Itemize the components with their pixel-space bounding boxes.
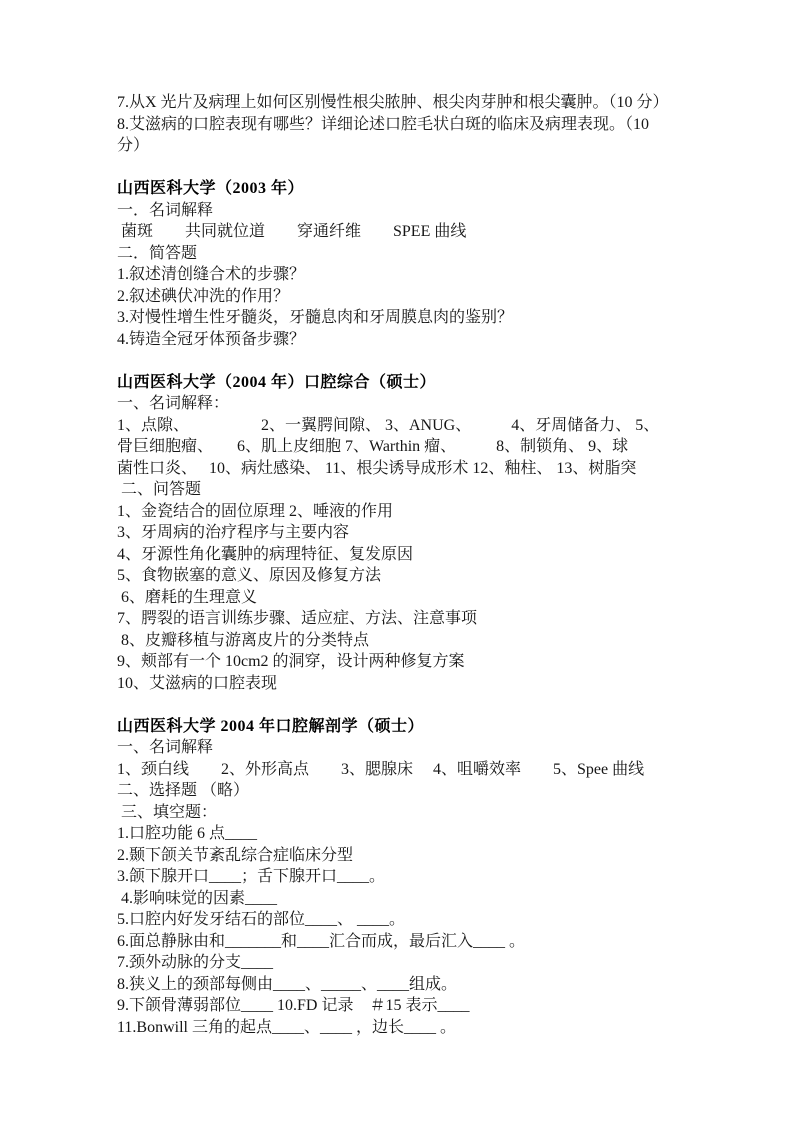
text-line: 2.颞下颌关节紊乱综合症临床分型 (117, 845, 687, 867)
text-line: 二、选择题 （略） (117, 780, 687, 802)
text-line: 5、食物嵌塞的意义、原因及修复方法 (117, 565, 687, 587)
section-heading: 山西医科大学（2003 年） (117, 178, 687, 200)
text-line: 7.从X 光片及病理上如何区别慢性根尖脓肿、根尖肉芽肿和根尖囊肿。（10 分） (117, 92, 687, 114)
text-line: 4.铸造全冠牙体预备步骤？ (117, 329, 687, 351)
document-page: 7.从X 光片及病理上如何区别慢性根尖脓肿、根尖肉芽肿和根尖囊肿。（10 分）8… (0, 0, 793, 1122)
text-line: 1.口腔功能 6 点____ (117, 823, 687, 845)
text-line: 8.艾滋病的口腔表现有哪些？详细论述口腔毛状白斑的临床及病理表现。（10 (117, 114, 687, 136)
section-heading: 山西医科大学（2004 年）口腔综合（硕士） (117, 372, 687, 394)
text-line: 9.下颌骨薄弱部位____ 10.FD 记录 ＃15 表示____ (117, 995, 687, 1017)
text-line: 10、艾滋病的口腔表现 (117, 673, 687, 695)
document-content: 7.从X 光片及病理上如何区别慢性根尖脓肿、根尖肉芽肿和根尖囊肿。（10 分）8… (117, 92, 687, 1038)
text-line: 骨巨细胞瘤、 6、肌上皮细胞 7、Warthin 瘤、 8、制锁角、 9、球 (117, 436, 687, 458)
text-line: 3.颌下腺开口____；舌下腺开口____。 (117, 866, 687, 888)
text-line: 1.叙述清创缝合术的步骤？ (117, 264, 687, 286)
text-line: 6、磨耗的生理意义 (117, 587, 687, 609)
text-line: 3、牙周病的治疗程序与主要内容 (117, 522, 687, 544)
text-line: 二、问答题 (117, 479, 687, 501)
section-heading: 山西医科大学 2004 年口腔解剖学（硕士） (117, 716, 687, 738)
text-line: 菌性口炎、 10、病灶感染、 11、根尖诱导成形术 12、釉柱、 13、树脂突 (117, 458, 687, 480)
text-line: 菌斑 共同就位道 穿通纤维 SPEE 曲线 (117, 221, 687, 243)
section-spacer (117, 157, 687, 179)
text-line: 4.影响味觉的因素____ (117, 888, 687, 910)
text-line: 9、颊部有一个 10cm2 的洞穿，设计两种修复方案 (117, 651, 687, 673)
section-spacer (117, 350, 687, 372)
text-line: 一、名词解释： (117, 393, 687, 415)
text-line: 分） (117, 135, 687, 157)
text-line: 1、金瓷结合的固位原理 2、唾液的作用 (117, 501, 687, 523)
text-line: 二．简答题 (117, 243, 687, 265)
section-spacer (117, 694, 687, 716)
text-line: 三、填空题： (117, 802, 687, 824)
text-line: 1、点隙、 2、一翼腭间隙、 3、ANUG、 4、牙周储备力、 5、 (117, 415, 687, 437)
text-line: 8、皮瓣移植与游离皮片的分类特点 (117, 630, 687, 652)
text-line: 5.口腔内好发牙结石的部位____、 ____。 (117, 909, 687, 931)
text-line: 6.面总静脉由和_______和____汇合而成，最后汇入____ 。 (117, 931, 687, 953)
text-line: 8.狭义上的颈部每侧由____、_____、____组成。 (117, 974, 687, 996)
text-line: 2.叙述碘伏冲洗的作用？ (117, 286, 687, 308)
text-line: 4、牙源性角化囊肿的病理特征、复发原因 (117, 544, 687, 566)
text-line: 11.Bonwill 三角的起点____、____ ，边长____ 。 (117, 1017, 687, 1039)
text-line: 7、腭裂的语言训练步骤、适应症、方法、注意事项 (117, 608, 687, 630)
text-line: 7.颈外动脉的分支____ (117, 952, 687, 974)
text-line: 3.对慢性增生性牙髓炎，牙髓息肉和牙周膜息肉的鉴别？ (117, 307, 687, 329)
text-line: 一、名词解释 (117, 737, 687, 759)
text-line: 一．名词解释 (117, 200, 687, 222)
text-line: 1、颈白线 2、外形高点 3、腮腺床 4、咀嚼效率 5、Spee 曲线 (117, 759, 687, 781)
